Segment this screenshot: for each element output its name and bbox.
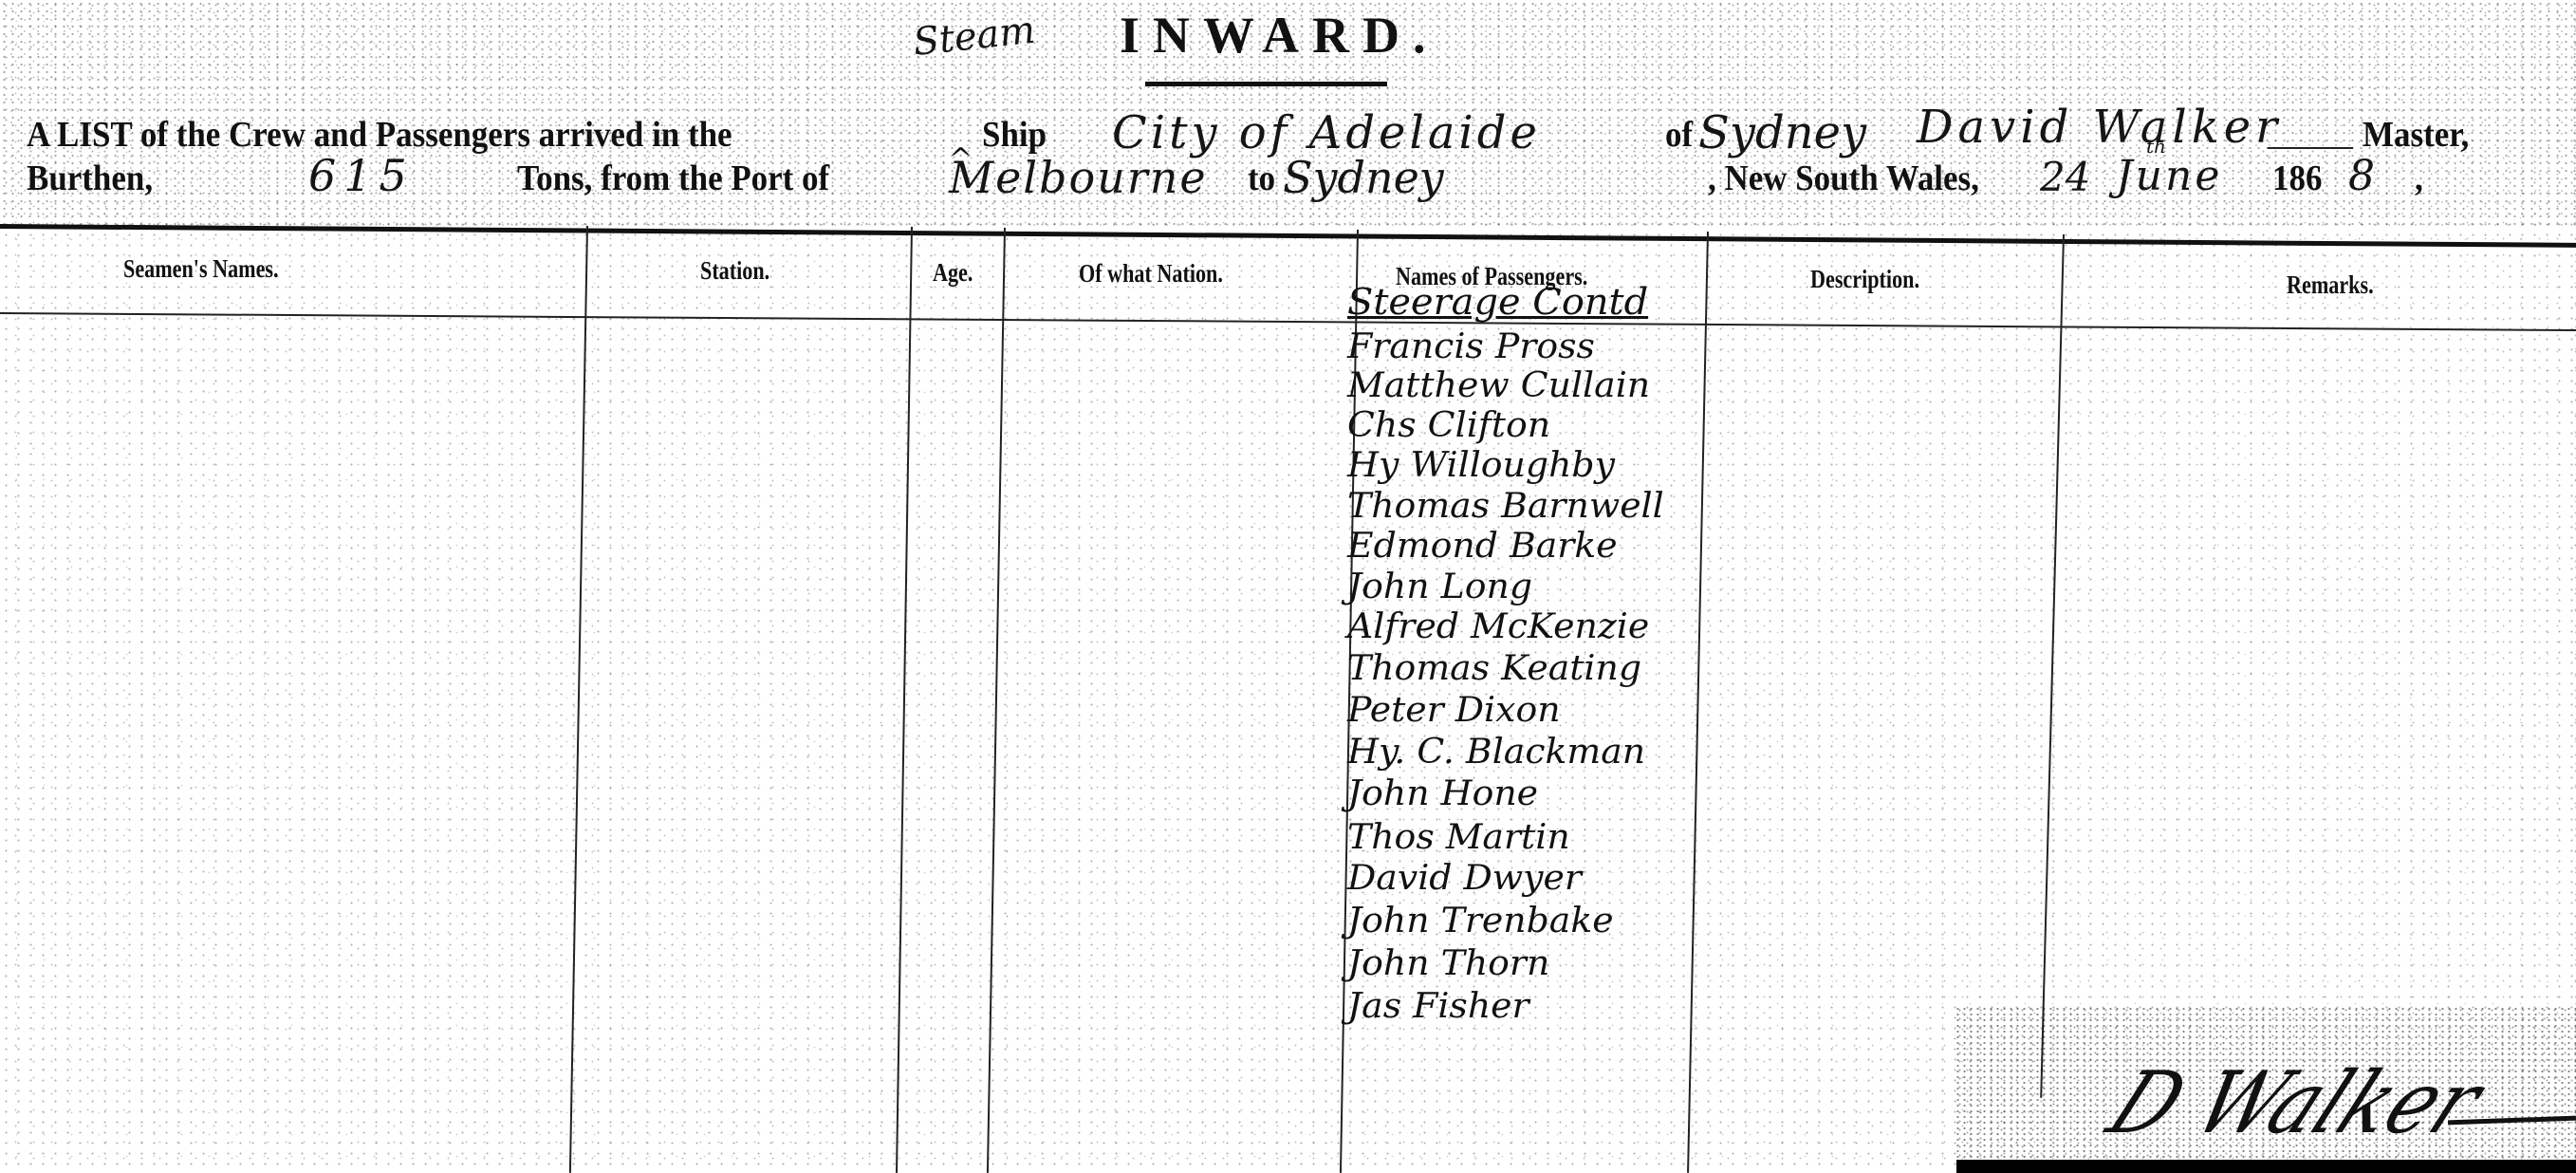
ship-label: Ship	[982, 114, 1047, 156]
date-trailing-comma: ,	[2415, 158, 2423, 199]
passenger-entry: Thomas Keating	[1347, 649, 1641, 688]
date-month: June	[2116, 152, 2222, 200]
from-port: Melbourne	[949, 152, 1208, 203]
master-label: Master,	[2363, 114, 2469, 156]
master-name-flourish	[2268, 147, 2353, 149]
passenger-entry: Matthew Cullain	[1347, 366, 1650, 405]
column-divider-6	[2040, 234, 2065, 1098]
passenger-entry: John Thorn	[1347, 944, 1549, 983]
to-label: to	[1248, 158, 1275, 199]
column-header-remarks: Remarks.	[2287, 270, 2374, 300]
tonnage: 615	[308, 150, 415, 201]
passenger-section-heading: Steerage Contd	[1347, 281, 1648, 323]
home-port: Sydney	[1698, 106, 1866, 159]
title-underline	[1145, 82, 1387, 86]
passenger-entry: Hy. C. Blackman	[1347, 733, 1645, 772]
passenger-entry: John Trenbake	[1347, 902, 1614, 940]
vessel-type-steam: Steam	[911, 9, 1037, 65]
date-year-printed: 186	[2272, 158, 2322, 199]
column-header-description: Description.	[1810, 265, 1919, 294]
passenger-entry: Thomas Barnwell	[1347, 487, 1664, 526]
master-name: David Walker	[1917, 101, 2282, 154]
date-year-handwritten: 8	[2348, 152, 2375, 200]
passenger-entry: Hy Willoughby	[1347, 446, 1615, 485]
scan-edge-strip	[1956, 1160, 2576, 1173]
passenger-entry: Chs Clifton	[1347, 406, 1550, 445]
master-signature: D Walker	[2093, 1053, 2497, 1153]
column-divider-5	[1687, 232, 1709, 1173]
column-header-station: Station.	[700, 256, 769, 286]
form-title: INWARD.	[1120, 6, 1439, 65]
column-header-seamens-names: Seamen's Names.	[123, 254, 279, 284]
date-day: 24	[2040, 154, 2090, 200]
table-top-rule	[0, 224, 2576, 248]
burthen-label: Burthen,	[27, 158, 153, 199]
passenger-entry: David Dwyer	[1347, 859, 1582, 898]
colony-label: , New South Wales,	[1708, 158, 1979, 199]
column-header-nation: Of what Nation.	[1079, 259, 1223, 289]
table-header-rule	[0, 312, 2576, 331]
passenger-entry: Edmond Barke	[1347, 527, 1618, 566]
column-divider-2	[896, 227, 913, 1173]
passenger-entry: Peter Dixon	[1347, 691, 1561, 730]
column-divider-1	[569, 226, 588, 1173]
of-label: of	[1665, 114, 1693, 156]
passenger-entry: Alfred McKenzie	[1347, 607, 1649, 646]
to-port: Sydney	[1283, 152, 1444, 203]
passenger-entry: Jas Fisher	[1347, 987, 1529, 1026]
column-divider-3	[987, 228, 1006, 1173]
passenger-entry: Francis Pross	[1347, 327, 1595, 366]
tons-from-label: Tons, from the Port of	[517, 158, 829, 199]
column-header-age: Age.	[933, 258, 973, 288]
passenger-entry: John Hone	[1347, 774, 1538, 813]
passenger-entry: Thos Martin	[1347, 818, 1570, 857]
passenger-entry: John Long	[1347, 568, 1532, 606]
